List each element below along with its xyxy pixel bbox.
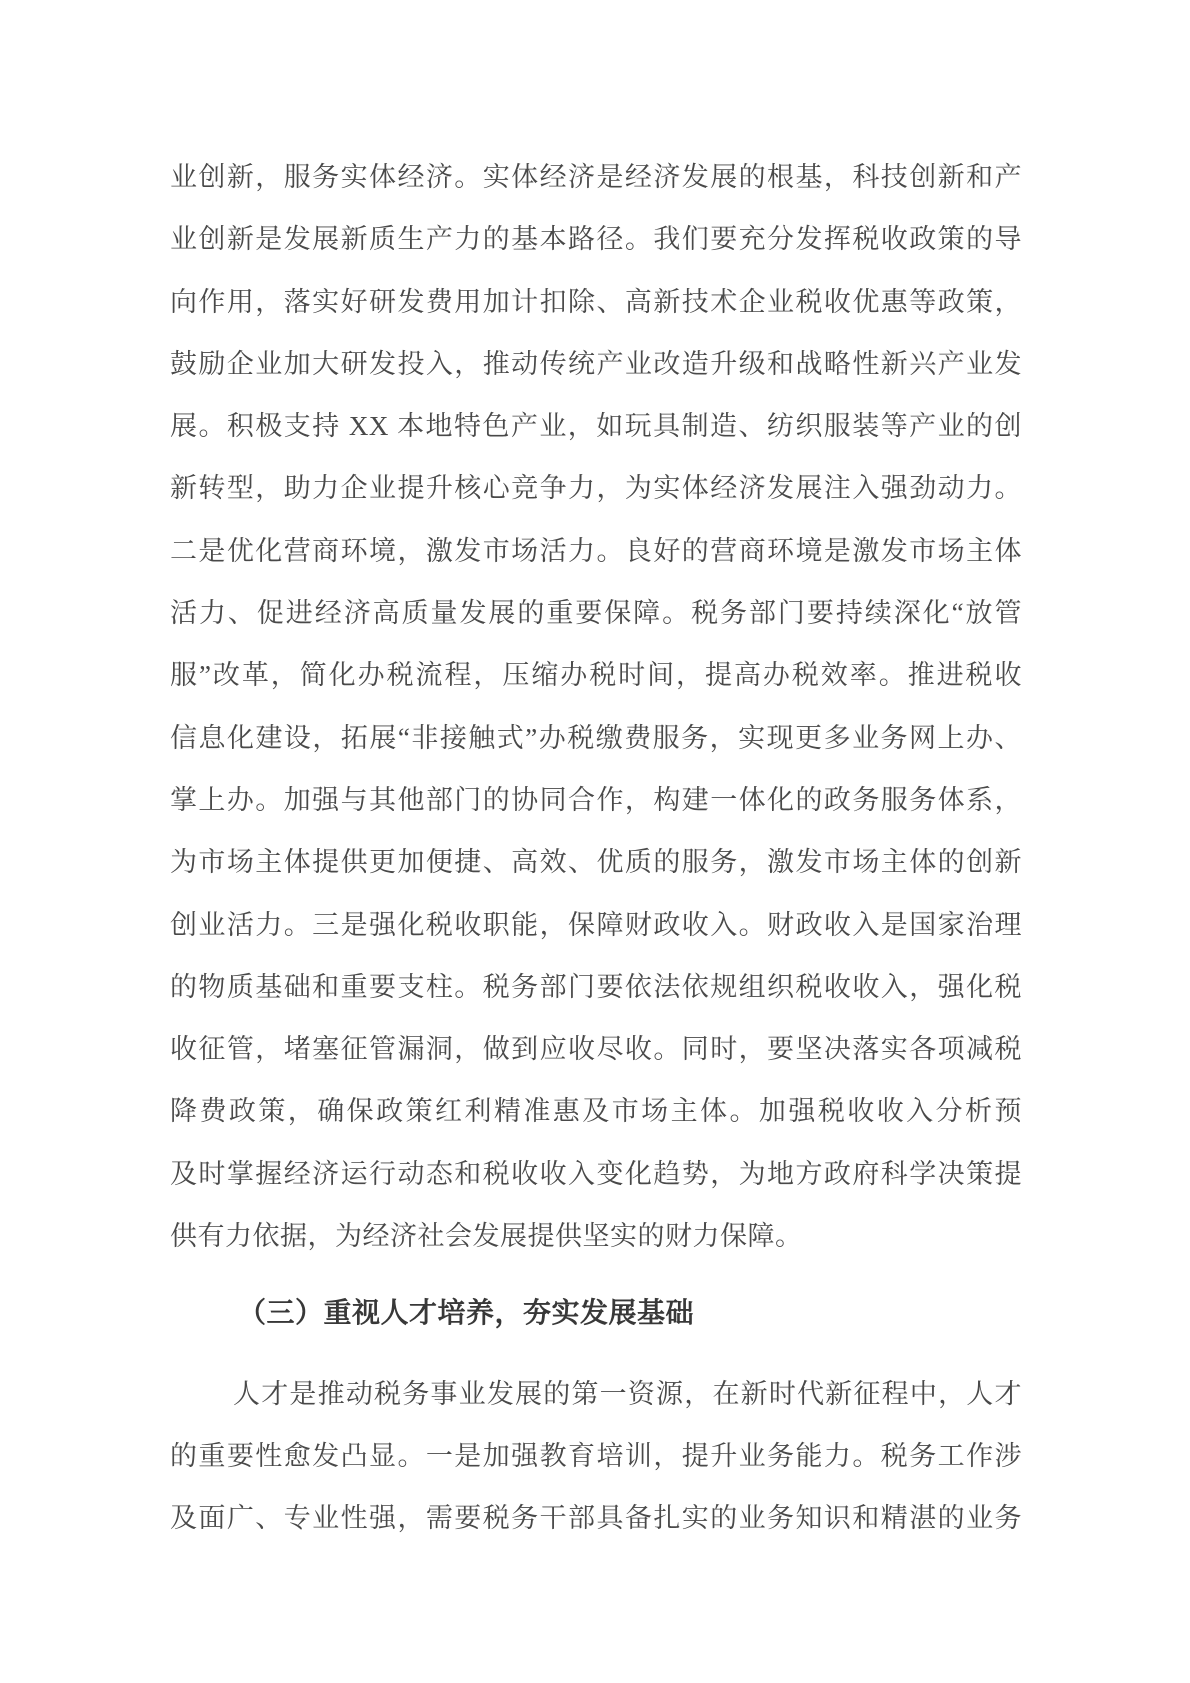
- paragraph-tax-functions: 业创新，服务实体经济。实体经济是经济发展的根基，科技创新和产业创新是发展新质生产…: [170, 146, 1022, 1267]
- text-line: 业创新，服务实体经济。实体经济是经济发展的根基，科技创新和产: [170, 146, 1022, 208]
- text-line: 掌上办。加强与其他部门的协同合作，构建一体化的政务服务体系，: [170, 769, 1022, 831]
- text-line: 业创新是发展新质生产力的基本路径。我们要充分发挥税收政策的导: [170, 208, 1022, 270]
- text-line: 活力、促进经济高质量发展的重要保障。税务部门要持续深化“放管: [170, 582, 1022, 644]
- text-line: 服”改革，简化办税流程，压缩办税时间，提高办税效率。推进税收: [170, 644, 1022, 706]
- text-line: 降费政策，确保政策红利精准惠及市场主体。加强税收收入分析预测，: [170, 1080, 1022, 1142]
- text-line: 的重要性愈发凸显。一是加强教育培训，提升业务能力。税务工作涉: [170, 1425, 1022, 1487]
- text-line: 展。积极支持 XX 本地特色产业，如玩具制造、纺织服装等产业的创: [170, 395, 1022, 457]
- text-line: 新转型，助力企业提升核心竞争力，为实体经济发展注入强劲动力。: [170, 457, 1022, 519]
- text-line: 人才是推动税务事业发展的第一资源，在新时代新征程中，人才: [170, 1363, 1022, 1425]
- text-line: 向作用，落实好研发费用加计扣除、高新技术企业税收优惠等政策，: [170, 271, 1022, 333]
- text-line: 及面广、专业性强，需要税务干部具备扎实的业务知识和精湛的业务: [170, 1487, 1022, 1549]
- text-line: 信息化建设，拓展“非接触式”办税缴费服务，实现更多业务网上办、: [170, 707, 1022, 769]
- text-line: 供有力依据，为经济社会发展提供坚实的财力保障。: [170, 1205, 1022, 1267]
- text-line: 收征管，堵塞征管漏洞，做到应收尽收。同时，要坚决落实各项减税: [170, 1018, 1022, 1080]
- text-line: 及时掌握经济运行动态和税收收入变化趋势，为地方政府科学决策提: [170, 1143, 1022, 1205]
- text-line: 为市场主体提供更加便捷、高效、优质的服务，激发市场主体的创新: [170, 831, 1022, 893]
- document-page: 业创新，服务实体经济。实体经济是经济发展的根基，科技创新和产业创新是发展新质生产…: [0, 0, 1190, 1683]
- text-line: 的物质基础和重要支柱。税务部门要依法依规组织税收收入，强化税: [170, 956, 1022, 1018]
- section-heading: （三）重视人才培养，夯实发展基础: [170, 1283, 1022, 1345]
- text-line: 创业活力。三是强化税收职能，保障财政收入。财政收入是国家治理: [170, 894, 1022, 956]
- text-line: 二是优化营商环境，激发市场活力。良好的营商环境是激发市场主体: [170, 520, 1022, 582]
- paragraph-talent-development: 人才是推动税务事业发展的第一资源，在新时代新征程中，人才的重要性愈发凸显。一是加…: [170, 1363, 1022, 1550]
- text-line: 鼓励企业加大研发投入，推动传统产业改造升级和战略性新兴产业发: [170, 333, 1022, 395]
